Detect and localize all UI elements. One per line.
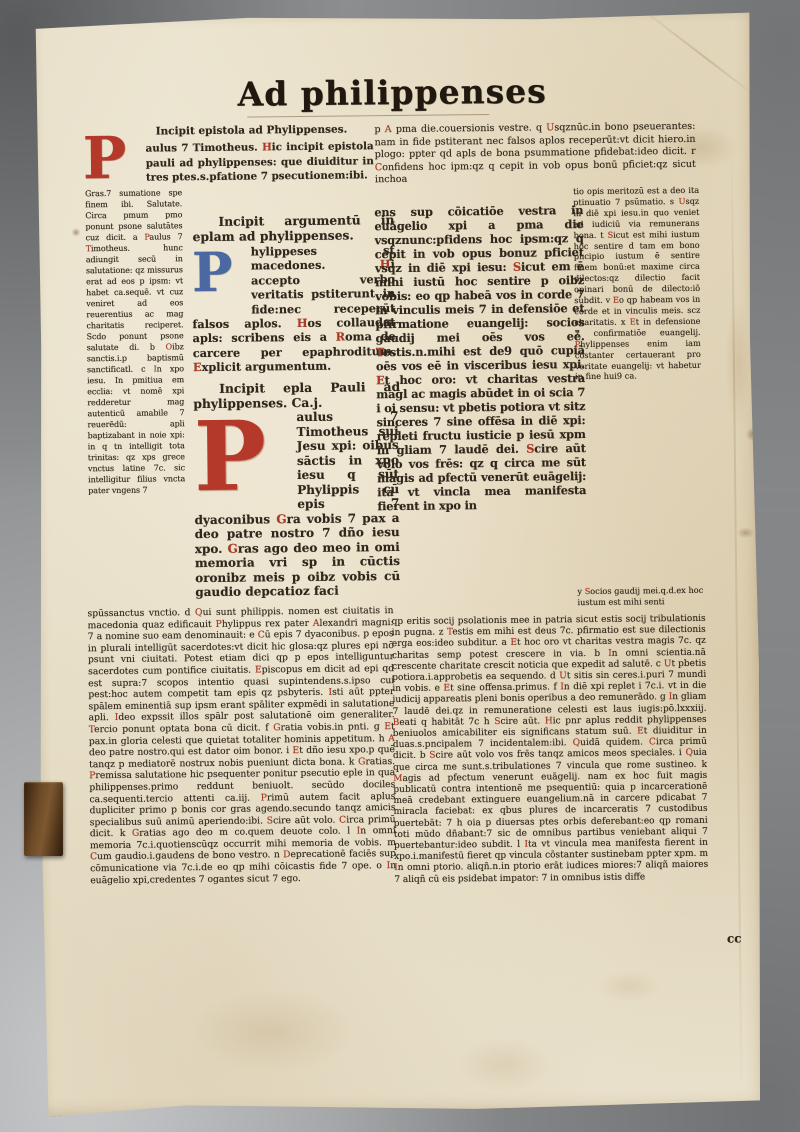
- epistle-header: Incipit epla Pauli ad phylippenses. Ca.j…: [193, 379, 400, 411]
- incipit-epistle-header: Incipit epistola ad Phylippenses.: [142, 123, 360, 137]
- left-gloss-column: Gras.7 sumatione spe finem ibi. Salutate…: [85, 187, 187, 620]
- intro-summary-text: aulus 7 Timotheus. Hic incipit epistola …: [146, 139, 374, 189]
- stain: [596, 970, 661, 1003]
- bottom-left-commentary: spūssanctus vnctio. d Qui sunt philippis…: [87, 605, 397, 956]
- photo-backdrop: Ad philippenses Incipit epistola ad Phyl…: [0, 0, 800, 1132]
- argument-header: Incipit argumentū in eplam ad phylippens…: [192, 212, 394, 244]
- argument-text: Phylippeses st macedones. Hi accepto ver…: [192, 243, 396, 379]
- crease-line: [731, 149, 743, 1099]
- right-gloss-column: tio opis meritozū est a deo ita ptinuati…: [573, 185, 703, 580]
- stain: [71, 228, 80, 236]
- stain: [746, 427, 760, 441]
- leather-tab: [24, 782, 63, 856]
- stain: [186, 988, 357, 1075]
- epistle-opening-text: Paulus 7 Timotheus sui Jesu xpi: oibus s…: [193, 409, 400, 609]
- stain: [724, 299, 751, 429]
- decorated-initial-blue: P: [192, 247, 247, 304]
- stain: [457, 1036, 553, 1092]
- corner-fold-crease: [627, 0, 787, 120]
- decorated-initial-red-large: P: [193, 413, 292, 510]
- incunabula-page: Ad philippenses Incipit epistola ad Phyl…: [31, 9, 763, 1116]
- page-title: Ad philippenses: [202, 71, 582, 114]
- decorated-initial-red-small: P: [82, 130, 126, 186]
- signature-mark: cc: [727, 931, 742, 945]
- bible-text-column: ens sup cōicatiōe vestra in euāgelio xpi…: [374, 203, 587, 607]
- title-underline: [247, 114, 489, 118]
- stain: [737, 527, 755, 538]
- bottom-right-commentary: qp eritis socij psolationis mee in patri…: [392, 614, 710, 959]
- top-right-gloss: p A pma die.couersionis vestre. q Usqznū…: [374, 121, 696, 190]
